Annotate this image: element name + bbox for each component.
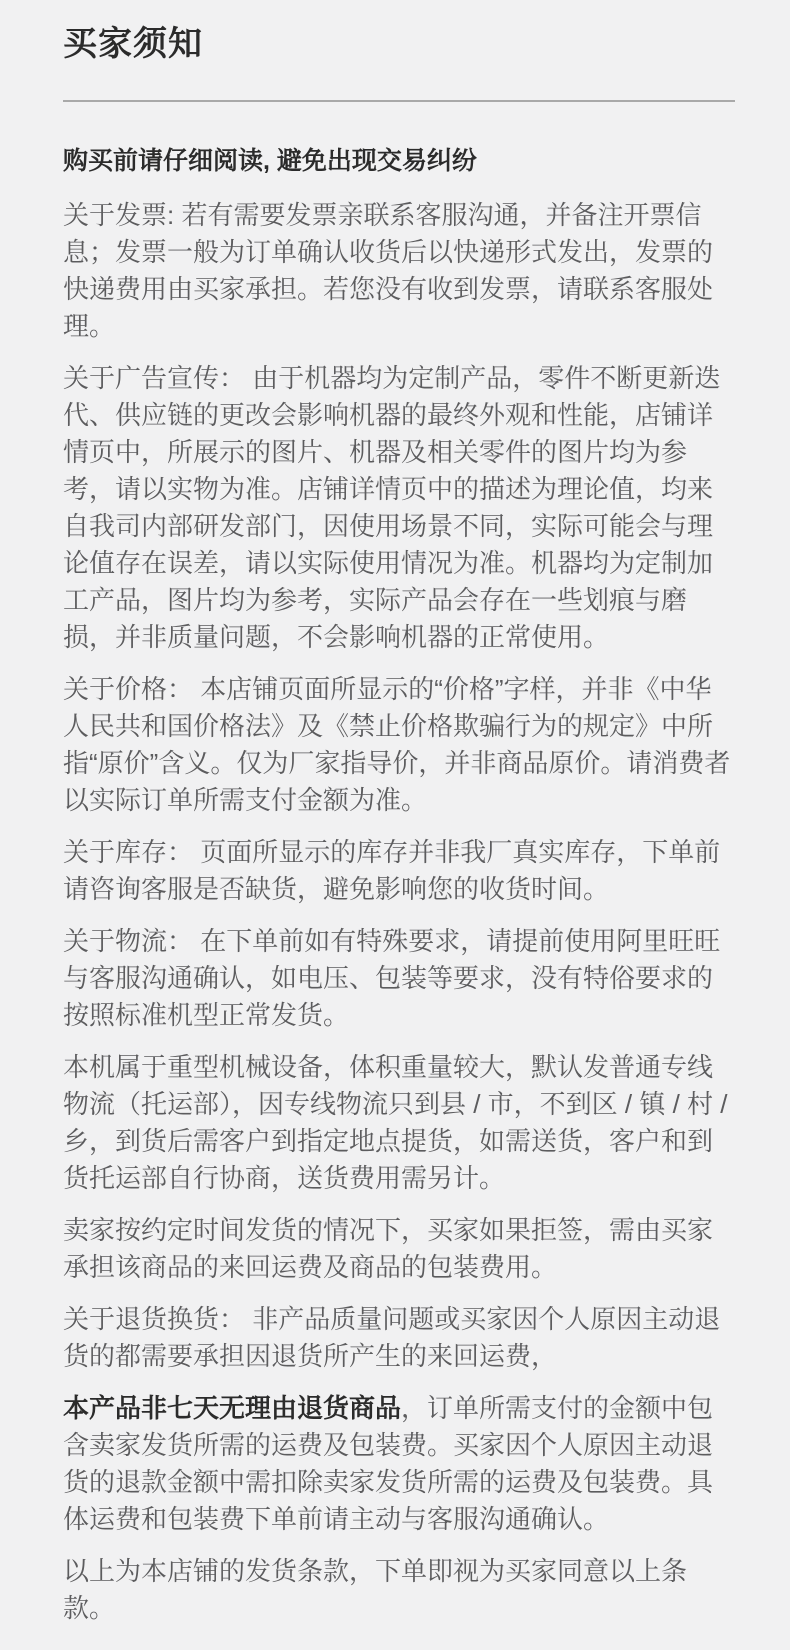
paragraph-logistics: 关于物流： 在下单前如有特殊要求，请提前使用阿里旺旺与客服沟通确认，如电压、包装… <box>63 923 737 1034</box>
paragraph-agreement: 以上为本店铺的发货条款，下单即视为买家同意以上条款。 <box>63 1553 737 1627</box>
paragraph-advertising: 关于广告宣传： 由于机器均为定制产品，零件不断更新迭代、供应链的更改会影响机器的… <box>63 360 737 656</box>
page-title: 买家须知 <box>63 22 737 66</box>
title-divider <box>63 100 735 102</box>
notice-subtitle: 购买前请仔细阅读, 避免出现交易纠纷 <box>63 144 737 179</box>
paragraph-stock: 关于库存： 页面所显示的库存并非我厂真实库存，下单前请咨询客服是否缺货，避免影响… <box>63 834 737 908</box>
paragraph-returns: 关于退货换货： 非产品质量问题或买家因个人原因主动退货的都需要承担因退货所产生的… <box>63 1301 737 1375</box>
paragraph-no-seven-day-return: 本产品非七天无理由退货商品，订单所需支付的金额中包含卖家发货所需的运费及包装费。… <box>63 1390 737 1538</box>
paragraph-invoice: 关于发票: 若有需要发票亲联系客服沟通，并备注开票信息；发票一般为订单确认收货后… <box>63 197 737 345</box>
paragraph-rejection: 卖家按约定时间发货的情况下，买家如果拒签，需由买家承担该商品的来回运费及商品的包… <box>63 1212 737 1286</box>
paragraph-price: 关于价格： 本店铺页面所显示的“价格”字样，并非《中华人民共和国价格法》及《禁止… <box>63 671 737 819</box>
paragraph-heavy-freight: 本机属于重型机械设备，体积重量较大，默认发普通专线物流（托运部），因专线物流只到… <box>63 1049 737 1197</box>
buyer-notice-page: 买家须知 购买前请仔细阅读, 避免出现交易纠纷 关于发票: 若有需要发票亲联系客… <box>0 0 790 1650</box>
no-seven-day-return-bold-lead: 本产品非七天无理由退货商品 <box>63 1393 401 1423</box>
notice-body: 关于发票: 若有需要发票亲联系客服沟通，并备注开票信息；发票一般为订单确认收货后… <box>63 197 737 1627</box>
